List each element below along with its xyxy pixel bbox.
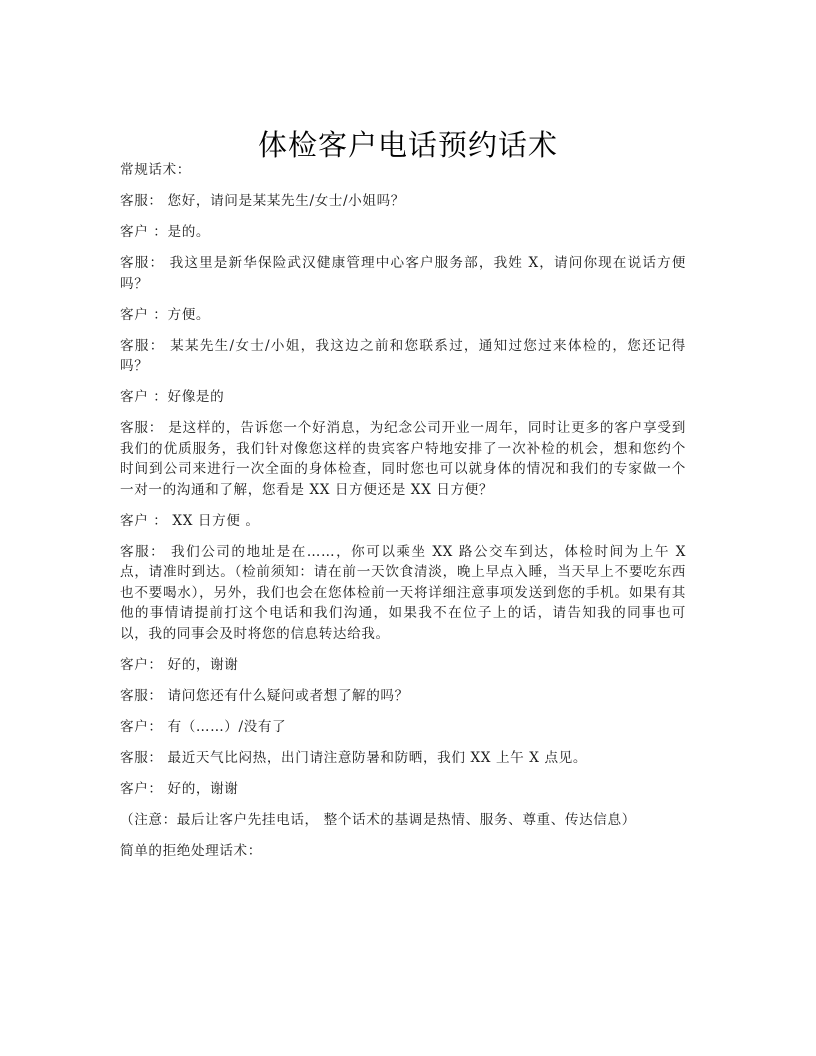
dialogue-line-agent: 客服： 是这样的，告诉您一个好消息，为纪念公司开业一周年，同时让更多的客户享受到… bbox=[120, 418, 686, 500]
dialogue-line-agent: 客服： 最近天气比闷热，出门请注意防暑和防晒，我们 XX 上午 X 点见。 bbox=[120, 748, 686, 769]
dialogue-line-customer: 客户： 好的，谢谢 bbox=[120, 779, 686, 800]
dialogue-line-customer: 客户 ： XX 日方便 。 bbox=[120, 511, 686, 532]
dialogue-line-agent: 客服： 某某先生/女士/小姐，我这边之前和您联系过，通知过您过来体检的，您还记得… bbox=[120, 336, 686, 377]
section-heading-regular-script: 常规话术： bbox=[120, 160, 686, 181]
dialogue-line-agent: 客服： 请问您还有什么疑问或者想了解的吗？ bbox=[120, 686, 686, 707]
document-body: 常规话术： 客服： 您好，请问是某某先生/女士/小姐吗？ 客户 ：是的。 客服：… bbox=[120, 160, 686, 872]
note-paragraph: （注意：最后让客户先挂电话， 整个话术的基调是热情、服务、尊重、传达信息） bbox=[120, 810, 686, 831]
section-heading-rejection-handling: 简单的拒绝处理话术： bbox=[120, 841, 686, 862]
dialogue-line-agent: 客服： 我这里是新华保险武汉健康管理中心客户服务部，我姓 X，请问你现在说话方便… bbox=[120, 253, 686, 294]
dialogue-line-agent: 客服： 我们公司的地址是在……，你可以乘坐 XX 路公交车到达，体检时间为上午 … bbox=[120, 542, 686, 645]
document-page: 体检客户电话预约话术 常规话术： 客服： 您好，请问是某某先生/女士/小姐吗？ … bbox=[0, 0, 816, 1056]
dialogue-line-customer: 客户 ：方便。 bbox=[120, 305, 686, 326]
dialogue-line-customer: 客户： 好的，谢谢 bbox=[120, 655, 686, 676]
dialogue-line-customer: 客户 ：好像是的 bbox=[120, 387, 686, 408]
dialogue-line-customer: 客户： 有（……）/没有了 bbox=[120, 717, 686, 738]
dialogue-line-agent: 客服： 您好，请问是某某先生/女士/小姐吗？ bbox=[120, 191, 686, 212]
dialogue-line-customer: 客户 ：是的。 bbox=[120, 222, 686, 243]
